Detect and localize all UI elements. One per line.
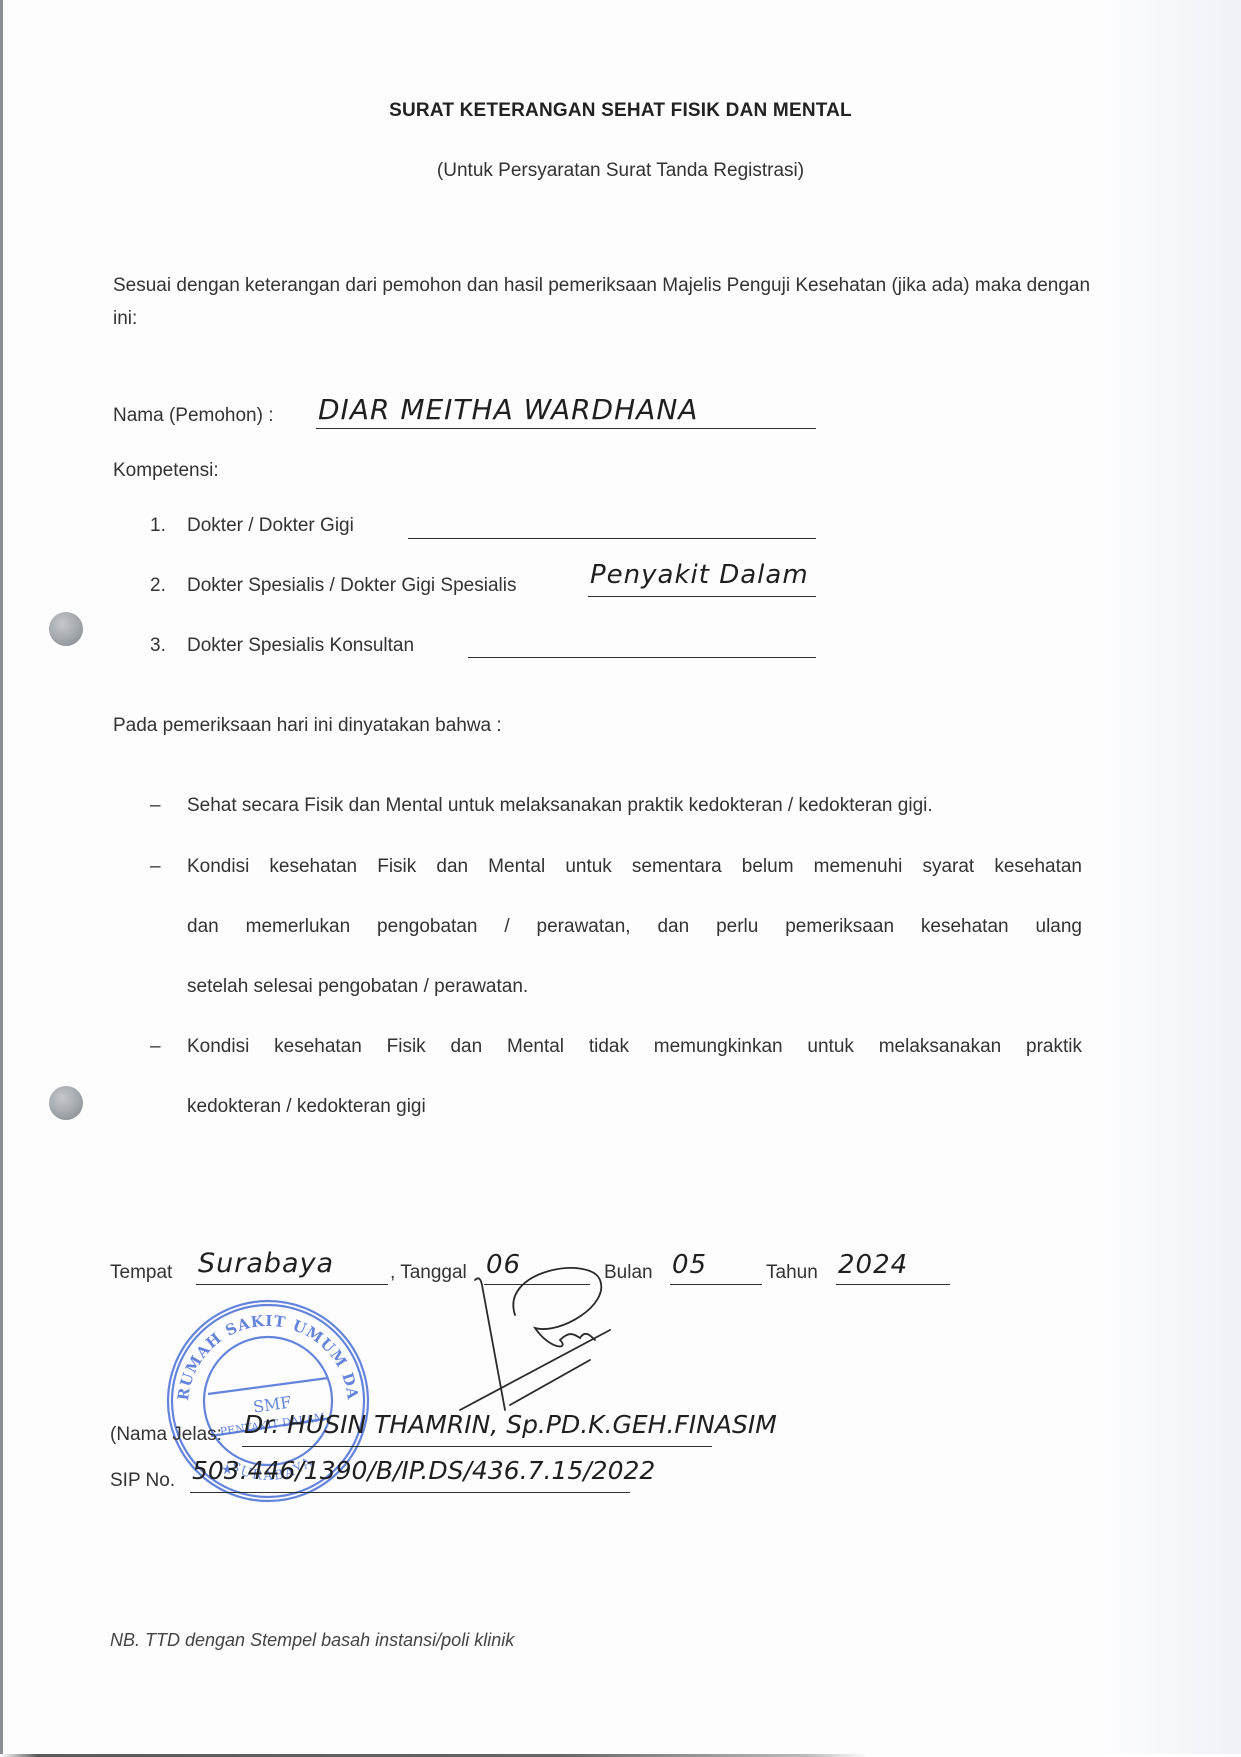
statement-marker: –	[150, 795, 161, 817]
punch-hole	[49, 1086, 83, 1120]
signer-name-label: (Nama Jelas:	[110, 1424, 222, 1446]
statement-3-line-1: Kondisi kesehatan Fisik dan Mental tidak…	[187, 1036, 1082, 1058]
year-value: 2024	[838, 1250, 908, 1280]
applicant-underline	[316, 428, 816, 429]
competence-3-underline	[468, 657, 816, 658]
statement-3-line-2: kedokteran / kedokteran gigi	[187, 1096, 1082, 1118]
scan-tint	[1101, 0, 1241, 1757]
statement-intro: Pada pemeriksaan hari ini dinyatakan bah…	[113, 715, 502, 737]
competence-label: Kompetensi:	[113, 460, 219, 482]
competence-item-3: Dokter Spesialis Konsultan	[187, 635, 414, 657]
statement-1-line-1: Sehat secara Fisik dan Mental untuk mela…	[187, 795, 1082, 817]
statement-2-line-2: dan memerlukan pengobatan / perawatan, d…	[187, 916, 1082, 938]
sip-underline	[190, 1492, 630, 1493]
year-label: Tahun	[766, 1262, 818, 1284]
applicant-label: Nama (Pemohon) :	[113, 405, 274, 427]
statement-2-line-3: setelah selesai pengobatan / perawatan.	[187, 976, 1082, 998]
competence-2-value: Penyakit Dalam	[590, 560, 809, 590]
day-value: 06	[486, 1250, 521, 1280]
scan-edge-left	[0, 0, 3, 1757]
applicant-name: DIAR MEITHA WARDHANA	[318, 393, 698, 426]
month-label: Bulan	[604, 1262, 653, 1284]
competence-2-underline	[588, 596, 816, 597]
competence-number: 2.	[150, 575, 166, 597]
month-value: 05	[672, 1250, 707, 1280]
footnote: NB. TTD dengan Stempel basah instansi/po…	[110, 1630, 514, 1651]
signer-name-underline	[242, 1446, 712, 1447]
statement-marker: –	[150, 856, 161, 878]
day-label: , Tanggal	[390, 1262, 467, 1284]
sip-value: 503.446/1390/B/IP.DS/436.7.15/2022	[192, 1456, 655, 1485]
place-underline	[196, 1284, 388, 1285]
place-label: Tempat	[110, 1262, 172, 1284]
statement-2-line-1: Kondisi kesehatan Fisik dan Mental untuk…	[187, 856, 1082, 878]
document-title: SURAT KETERANGAN SEHAT FISIK DAN MENTAL	[0, 100, 1241, 122]
month-underline	[670, 1284, 762, 1285]
day-underline	[484, 1284, 590, 1285]
competence-number: 3.	[150, 635, 166, 657]
competence-1-underline	[408, 538, 816, 539]
competence-item-2: Dokter Spesialis / Dokter Gigi Spesialis	[187, 575, 516, 597]
competence-number: 1.	[150, 515, 166, 537]
statement-marker: –	[150, 1036, 161, 1058]
intro-paragraph: Sesuai dengan keterangan dari pemohon da…	[113, 269, 1103, 335]
signer-name-value: Dr. HUSIN THAMRIN, Sp.PD.K.GEH.FINASIM	[244, 1410, 777, 1439]
competence-item-1: Dokter / Dokter Gigi	[187, 515, 354, 537]
year-underline	[836, 1284, 950, 1285]
sip-label: SIP No.	[110, 1470, 175, 1492]
punch-hole	[49, 612, 83, 646]
place-value: Surabaya	[198, 1248, 334, 1279]
document-subtitle: (Untuk Persyaratan Surat Tanda Registras…	[0, 160, 1241, 182]
